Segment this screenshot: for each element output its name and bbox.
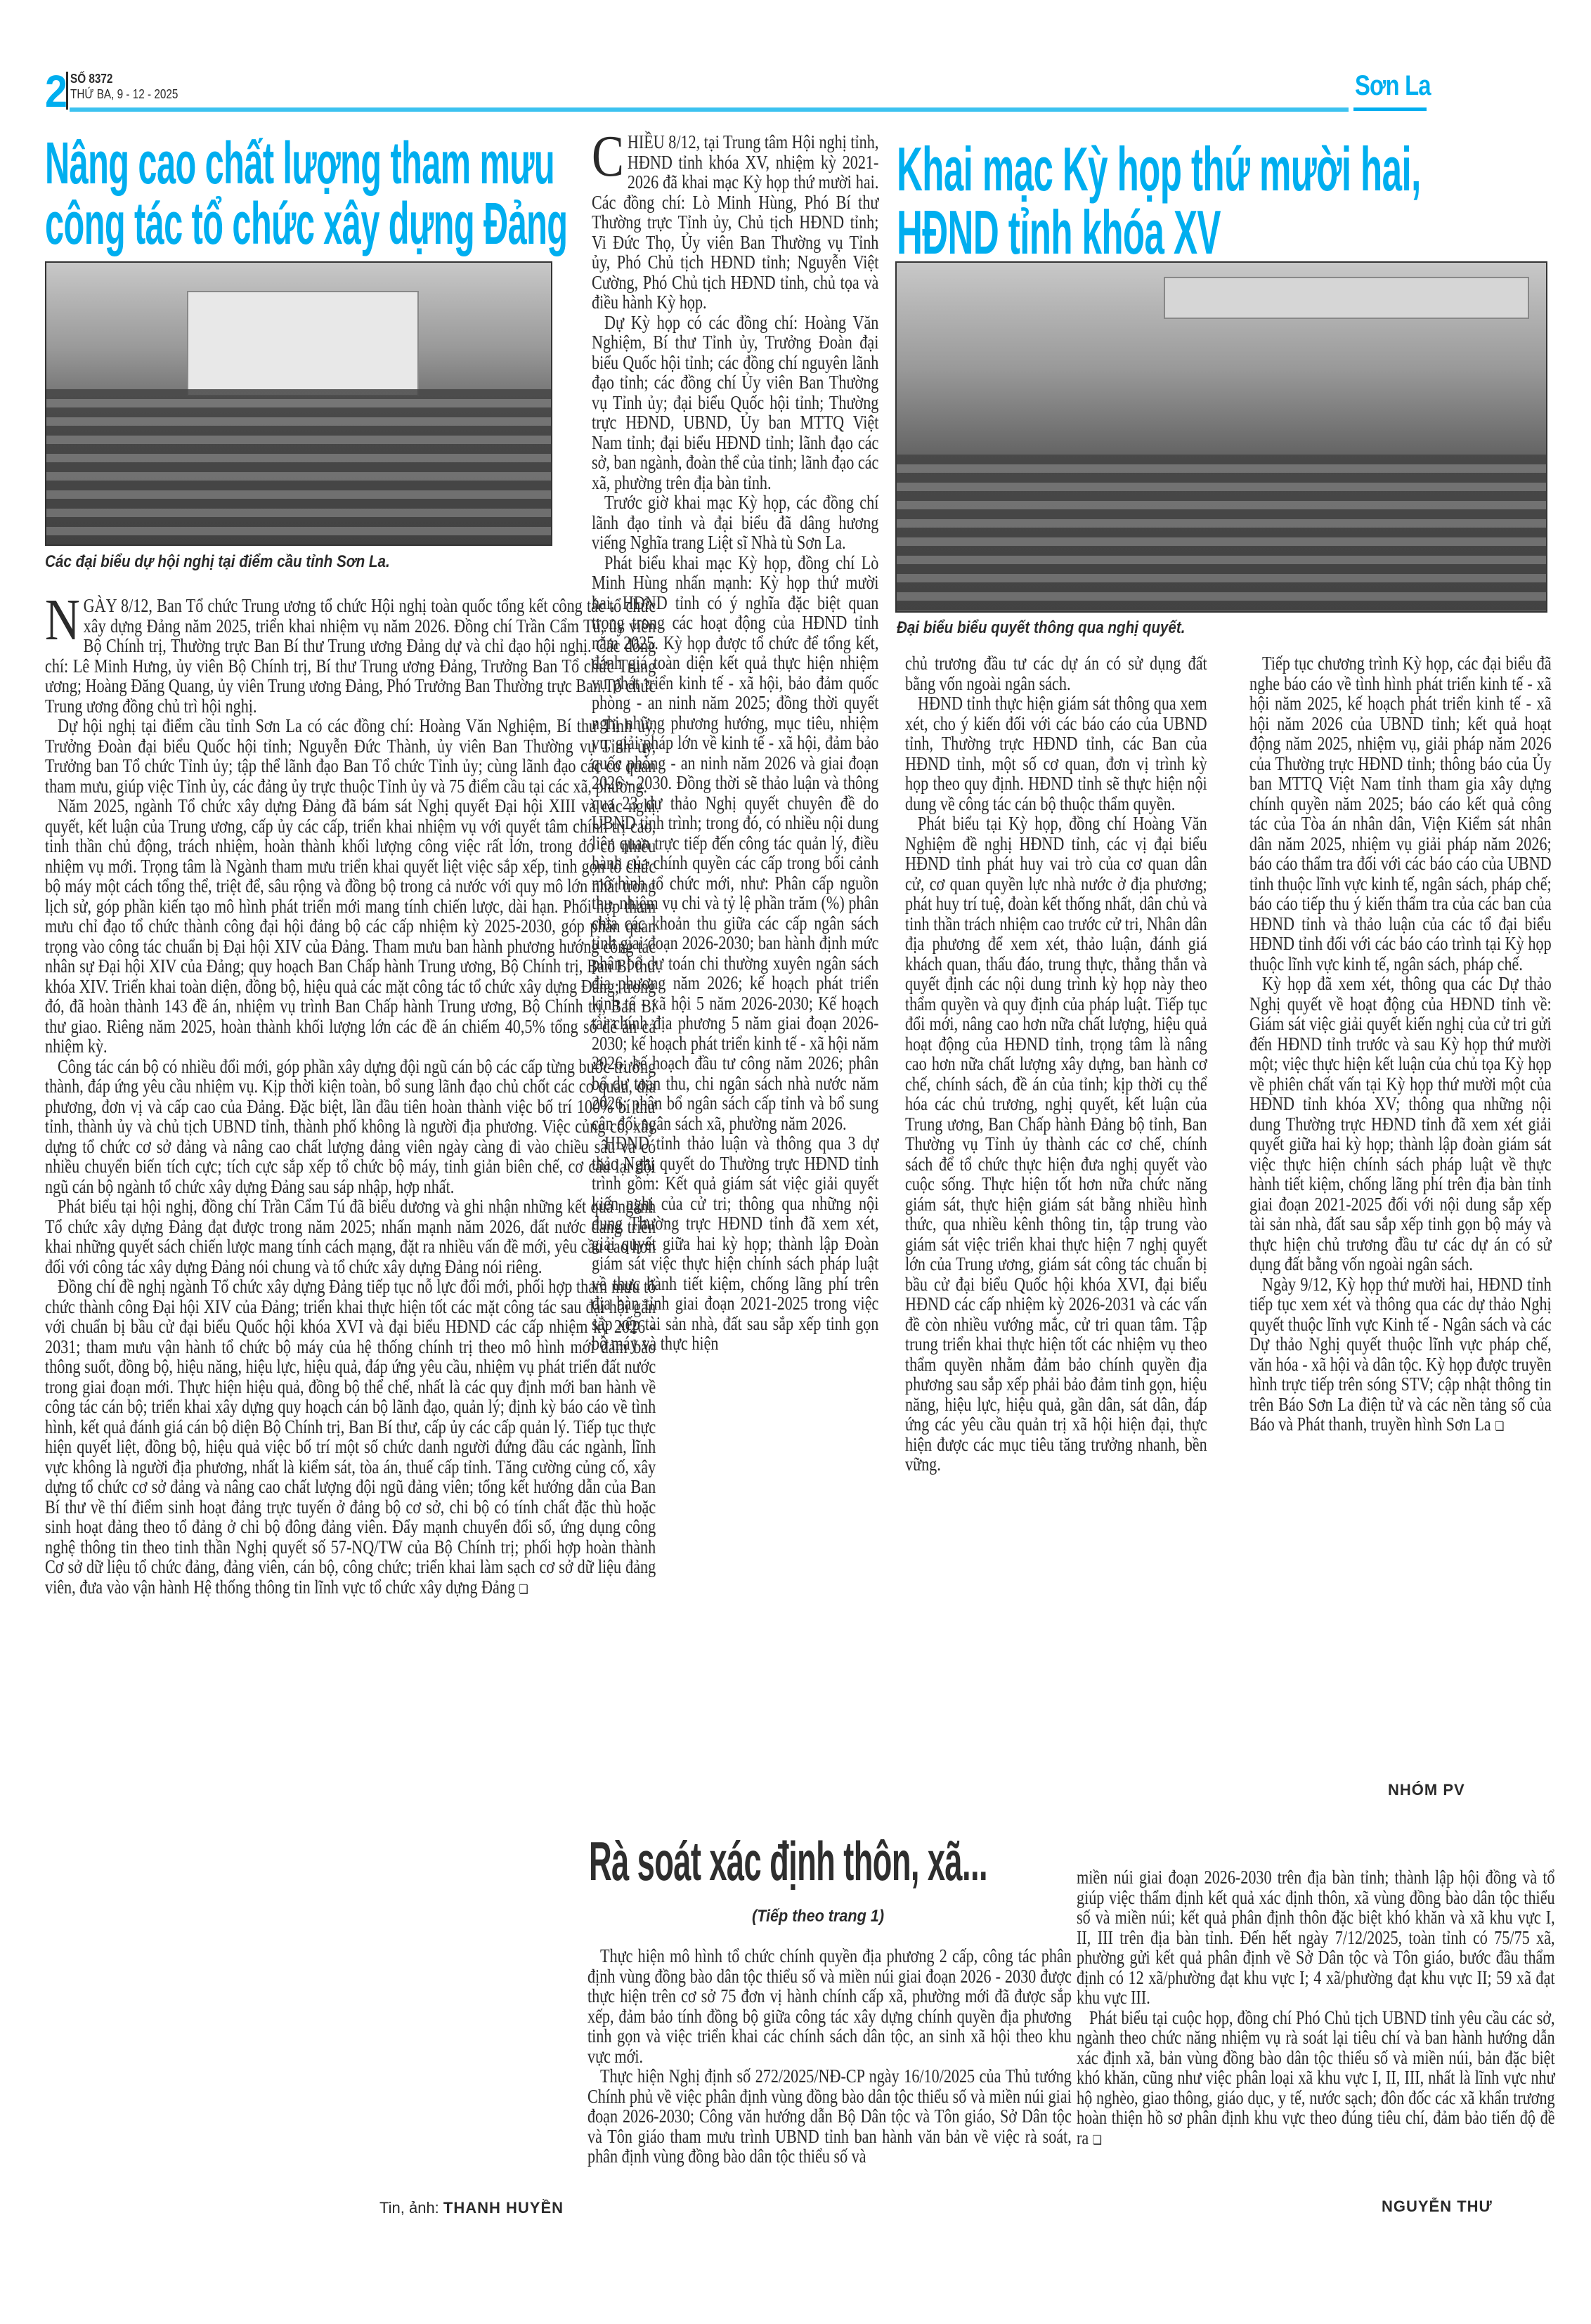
- section-title: Sơn La: [1355, 70, 1431, 102]
- article2-col-c: Tiếp tục chương trình Kỳ họp, các đại bi…: [1249, 653, 1552, 1437]
- paragraph: Phát biểu tại Kỳ họp, đồng chí Hoàng Văn…: [905, 814, 1207, 1475]
- header-rule: [70, 107, 1349, 112]
- end-mark-icon: ❏: [1093, 2133, 1102, 2148]
- continued-from: (Tiếp theo trang 1): [752, 1907, 884, 1926]
- paragraph: Thực hiện mô hình tổ chức chính quyền đị…: [587, 1946, 1072, 2066]
- section-underline: [1353, 107, 1427, 111]
- paragraph: Kỳ họp đã xem xét, thông qua các Dự thảo…: [1249, 974, 1552, 1274]
- header-divider: [66, 72, 68, 110]
- paragraph: Dự hội nghị tại điểm cầu tỉnh Sơn La có …: [45, 716, 656, 796]
- paragraph: HĐND tỉnh thảo luận và thông qua 3 dự th…: [592, 1133, 878, 1354]
- article3-col-a: Thực hiện mô hình tổ chức chính quyền đị…: [587, 1946, 1072, 2167]
- issue-number: SỐ 8372: [70, 72, 112, 86]
- banner: [1164, 277, 1529, 319]
- paragraph: Tiếp tục chương trình Kỳ họp, các đại bi…: [1249, 653, 1552, 974]
- dropcap: N: [45, 599, 80, 642]
- article2-headline: Khai mạc Kỳ họp thứ mười hai, HĐND tỉnh …: [897, 138, 1421, 264]
- article1-byline: Tin, ảnh: THANH HUYỀN: [379, 2199, 564, 2217]
- article1-body: NGÀY 8/12, Ban Tổ chức Trung ương tổ chứ…: [45, 596, 656, 1600]
- article2-caption: Đại biểu biểu quyết thông qua nghị quyết…: [897, 618, 1186, 638]
- page-number: 2: [45, 70, 67, 112]
- paragraph: Ngày 9/12, Kỳ họp thứ mười hai, HĐND tỉn…: [1249, 1274, 1552, 1437]
- article3-headline: Rà soát xác định thôn, xã...: [589, 1834, 987, 1890]
- headline-line: Khai mạc Kỳ họp thứ mười hai,: [897, 138, 1421, 201]
- article3-byline: NGUYỄN THƯ: [1382, 2198, 1493, 2216]
- article1-caption: Các đại biểu dự hội nghị tại điểm cầu tỉ…: [45, 552, 390, 572]
- conference-screen: [187, 291, 419, 396]
- delegate-rows: [897, 455, 1546, 611]
- paragraph: Trước giờ khai mạc Kỳ họp, các đồng chí …: [592, 492, 878, 553]
- paragraph: miền núi giai đoạn 2026-2030 trên địa bà…: [1077, 1867, 1555, 2008]
- headline-line: HĐND tỉnh khóa XV: [897, 201, 1421, 264]
- dropcap: C: [592, 135, 624, 178]
- article1-headline: Nâng cao chất lượng tham mưu công tác tổ…: [45, 133, 567, 254]
- paragraph: Công tác cán bộ có nhiều đổi mới, góp ph…: [45, 1057, 656, 1197]
- paragraph: NGÀY 8/12, Ban Tổ chức Trung ương tổ chứ…: [45, 596, 656, 716]
- paragraph: CHIỀU 8/12, tại Trung tâm Hội nghị tỉnh,…: [592, 132, 878, 313]
- paragraph: Năm 2025, ngành Tổ chức xây dựng Đảng đã…: [45, 796, 656, 1057]
- paragraph: Phát biểu tại hội nghị, đồng chí Trần Cẩ…: [45, 1196, 656, 1277]
- paragraph: chủ trương đầu tư các dự án có sử dụng đ…: [905, 653, 1207, 693]
- article1-photo: [45, 261, 552, 546]
- audience-rows: [46, 389, 551, 544]
- article2-col-b: chủ trương đầu tư các dự án có sử dụng đ…: [905, 653, 1207, 1475]
- end-mark-icon: ❏: [1495, 1419, 1504, 1434]
- end-mark-icon: ❏: [519, 1582, 528, 1597]
- paragraph: Phát biểu khai mạc Kỳ họp, đồng chí Lò M…: [592, 553, 878, 1134]
- paragraph: Thực hiện Nghị định số 272/2025/NĐ-CP ng…: [587, 2066, 1072, 2167]
- article2-photo: [895, 261, 1547, 613]
- article2-byline: NHÓM PV: [1388, 1781, 1465, 1799]
- issue-date: THỨ BA, 9 - 12 - 2025: [70, 87, 178, 102]
- author-name: THANH HUYỀN: [443, 2199, 564, 2217]
- article2-col-a: CHIỀU 8/12, tại Trung tâm Hội nghị tỉnh,…: [592, 132, 878, 1354]
- paragraph: Đồng chí đề nghị ngành Tổ chức xây dựng …: [45, 1277, 656, 1600]
- paragraph: Dự Kỳ họp có các đồng chí: Hoàng Văn Ngh…: [592, 313, 878, 493]
- headline-line: công tác tổ chức xây dựng Đảng: [45, 194, 567, 254]
- paragraph: HĐND tỉnh thực hiện giám sát thông qua x…: [905, 693, 1207, 814]
- article3-col-b: miền núi giai đoạn 2026-2030 trên địa bà…: [1077, 1867, 1555, 2150]
- paragraph: Phát biểu tại cuộc họp, đồng chí Phó Chủ…: [1077, 2008, 1555, 2151]
- headline-line: Nâng cao chất lượng tham mưu: [45, 133, 567, 194]
